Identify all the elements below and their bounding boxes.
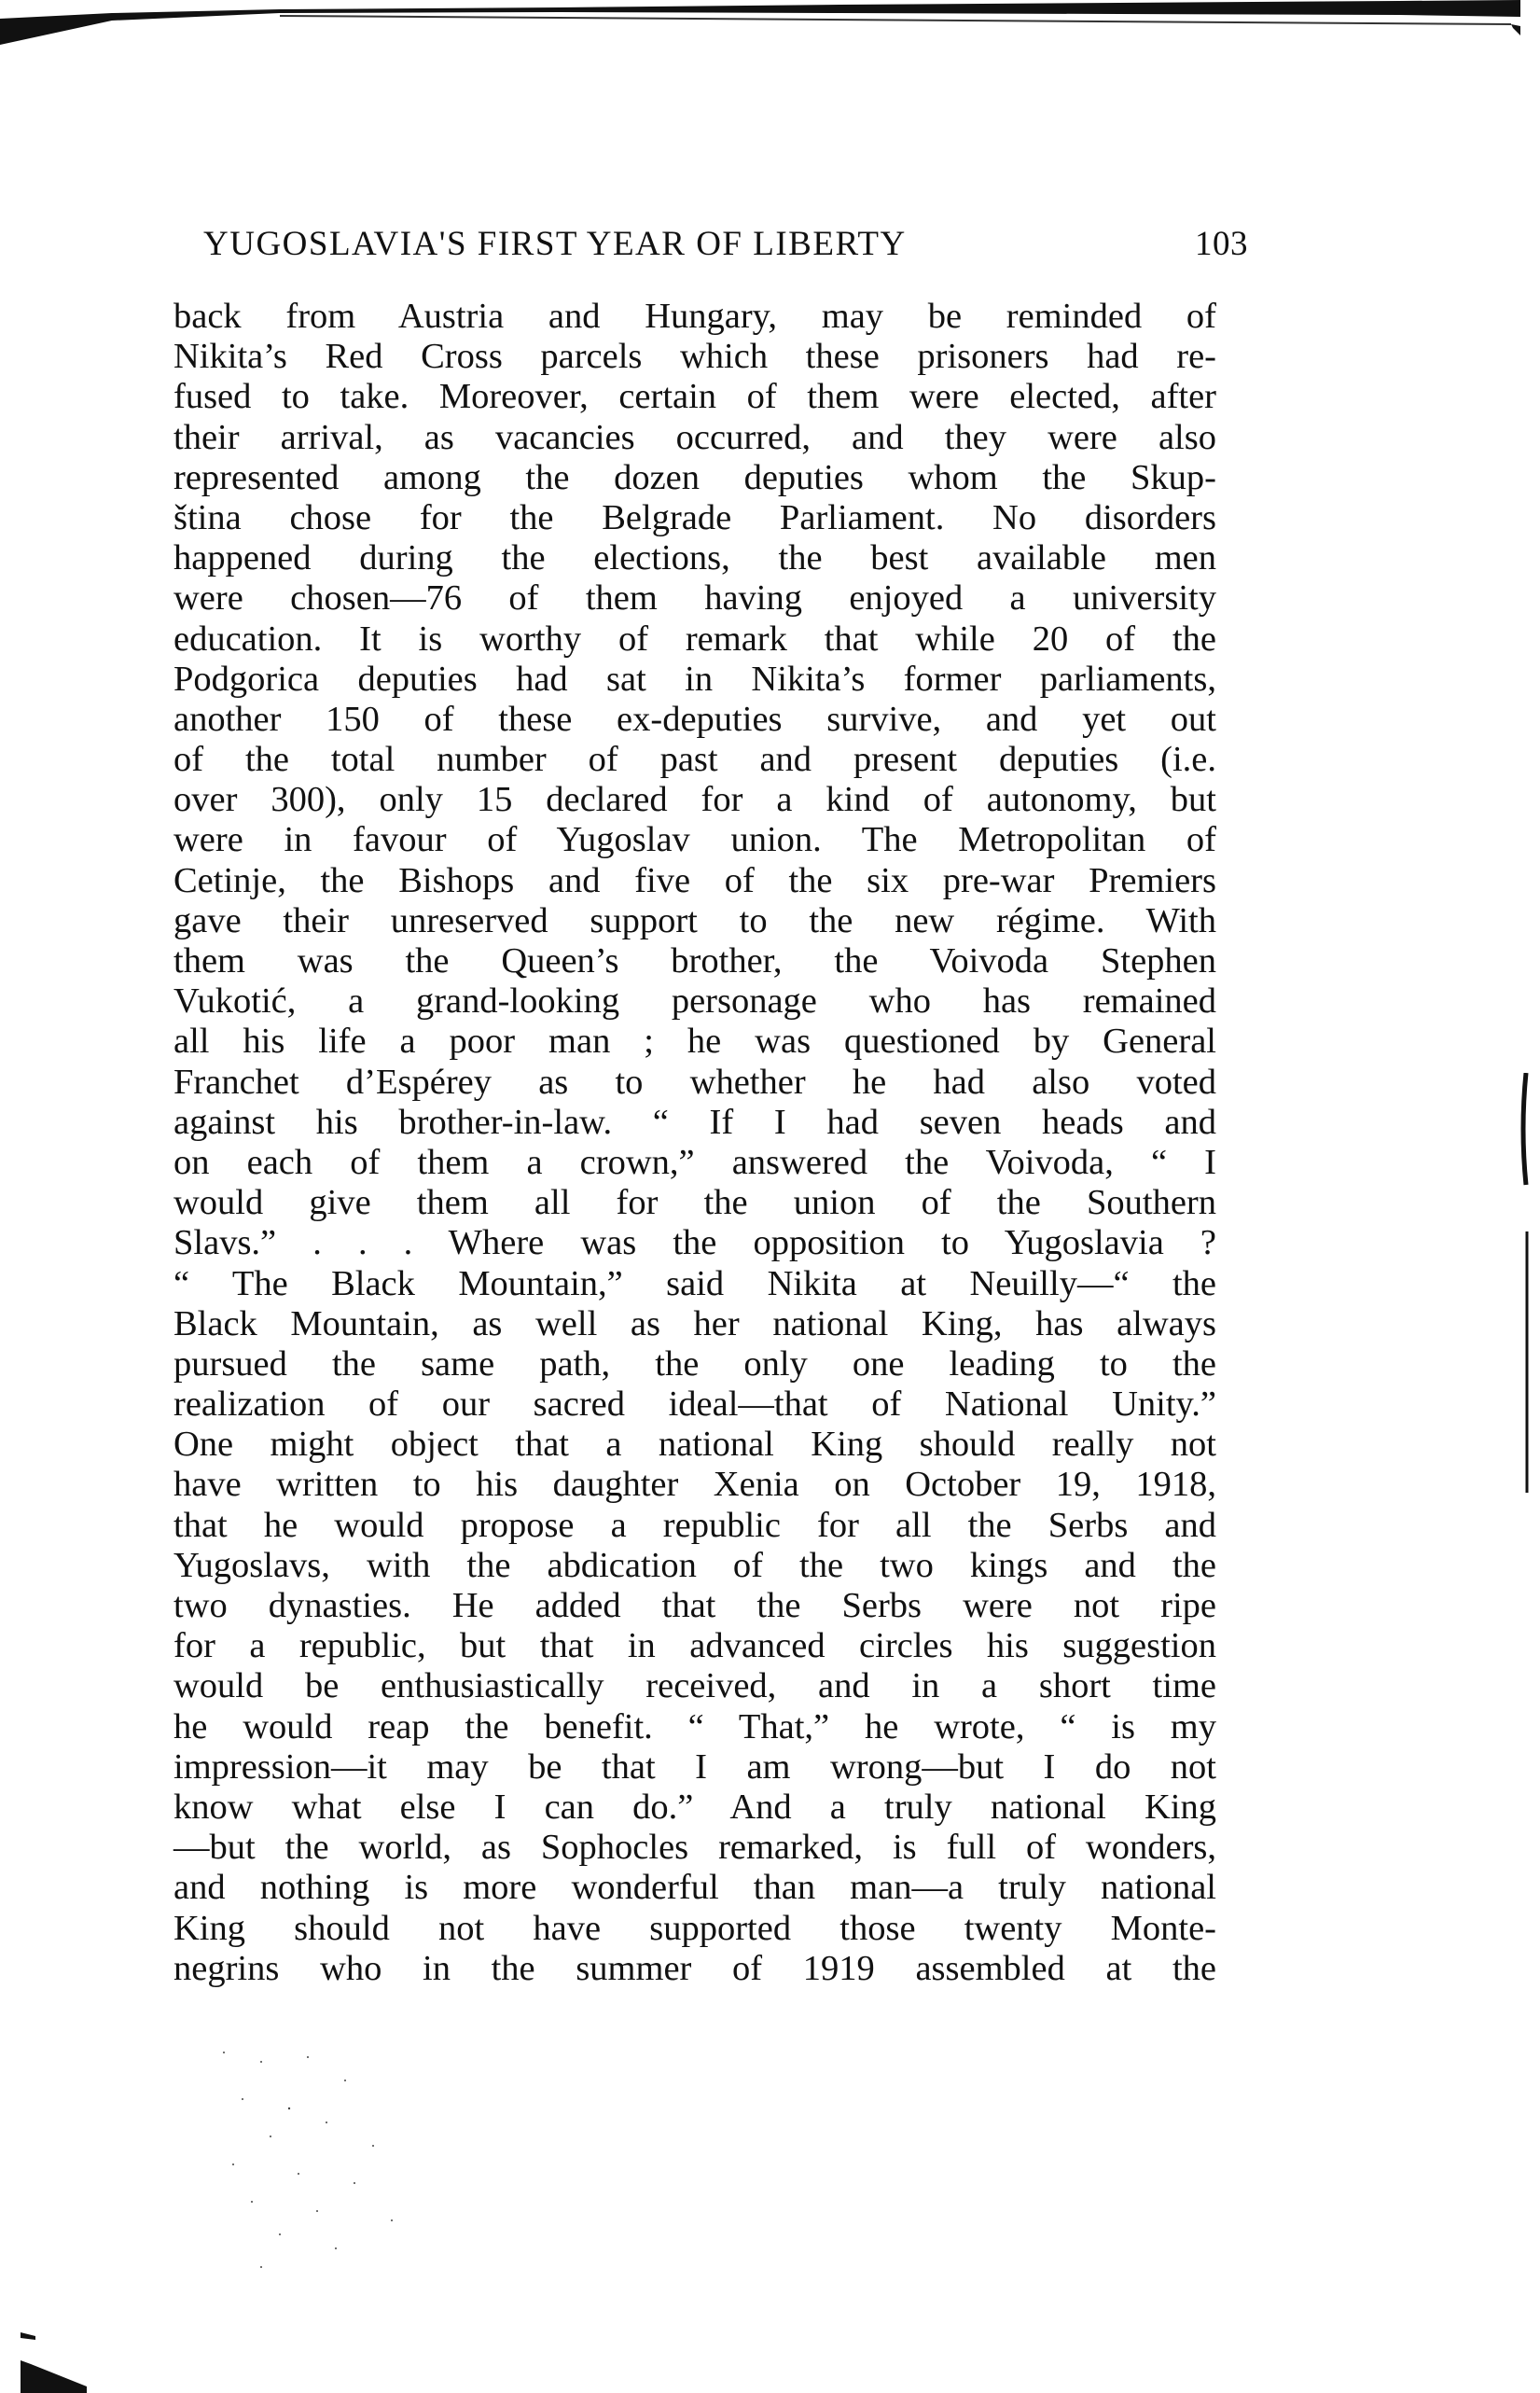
text-line: on each of them a crown,” answered the V…	[173, 1143, 1216, 1183]
text-line: Podgorica deputies had sat in Nikita’s f…	[173, 660, 1216, 700]
text-line: represented among the dozen deputies who…	[173, 458, 1216, 498]
text-line: that he would propose a republic for all…	[173, 1506, 1216, 1546]
text-line: Cetinje, the Bishops and five of the six…	[173, 861, 1216, 901]
text-line: pursued the same path, the only one lead…	[173, 1344, 1216, 1384]
text-line: of the total number of past and present …	[173, 740, 1216, 780]
text-line: against his brother-in-law. “ If I had s…	[173, 1103, 1216, 1143]
text-line: gave their unreserved support to the new…	[173, 901, 1216, 941]
text-line: impression—it may be that I am wrong—but…	[173, 1747, 1216, 1788]
scan-edge-top	[0, 0, 1540, 56]
text-line: fused to take. Moreover, certain of them…	[173, 377, 1216, 417]
text-line: negrins who in the summer of 1919 assemb…	[173, 1949, 1216, 1989]
text-line: Nikita’s Red Cross parcels which these p…	[173, 337, 1216, 377]
scan-edge-right	[1520, 1073, 1532, 1493]
text-line: for a republic, but that in advanced cir…	[173, 1626, 1216, 1666]
text-line: education. It is worthy of remark that w…	[173, 619, 1216, 660]
running-head-title: YUGOSLAVIA'S FIRST YEAR OF LIBERTY	[203, 224, 907, 264]
text-line: another 150 of these ex-deputies survive…	[173, 700, 1216, 740]
text-line: Slavs.” . . . Where was the opposition t…	[173, 1223, 1216, 1263]
text-line: “ The Black Mountain,” said Nikita at Ne…	[173, 1264, 1216, 1304]
text-line: all his life a poor man ; he was questio…	[173, 1022, 1216, 1062]
text-line: realization of our sacred ideal—that of …	[173, 1384, 1216, 1425]
text-line: happened during the elections, the best …	[173, 538, 1216, 578]
text-line: them was the Queen’s brother, the Voivod…	[173, 941, 1216, 981]
text-line: —but the world, as Sophocles remarked, i…	[173, 1828, 1216, 1868]
text-line: their arrival, as vacancies occurred, an…	[173, 418, 1216, 458]
text-line: ština chose for the Belgrade Parliament.…	[173, 498, 1216, 538]
text-line: King should not have supported those twe…	[173, 1909, 1216, 1949]
scan-edge-bottom	[17, 2323, 91, 2393]
body-text: back from Austria and Hungary, may be re…	[173, 297, 1216, 1989]
running-head: YUGOSLAVIA'S FIRST YEAR OF LIBERTY 103	[203, 224, 1248, 271]
text-line: and nothing is more wonderful than man—a…	[173, 1868, 1216, 1908]
text-line: have written to his daughter Xenia on Oc…	[173, 1465, 1216, 1505]
text-line: One might object that a national King sh…	[173, 1425, 1216, 1465]
text-line: Franchet d’Espérey as to whether he had …	[173, 1063, 1216, 1103]
text-line: two dynasties. He added that the Serbs w…	[173, 1586, 1216, 1626]
text-line: over 300), only 15 declared for a kind o…	[173, 780, 1216, 820]
text-line: Yugoslavs, with the abdication of the tw…	[173, 1546, 1216, 1586]
text-line: were chosen—76 of them having enjoyed a …	[173, 578, 1216, 619]
text-line: Vukotić, a grand-looking personage who h…	[173, 981, 1216, 1022]
text-line: back from Austria and Hungary, may be re…	[173, 297, 1216, 337]
text-line: Black Mountain, as well as her national …	[173, 1304, 1216, 1344]
text-line: would give them all for the union of the…	[173, 1183, 1216, 1223]
text-line: he would reap the benefit. “ That,” he w…	[173, 1707, 1216, 1747]
text-line: know what else I can do.” And a truly na…	[173, 1788, 1216, 1828]
text-line: were in favour of Yugoslav union. The Me…	[173, 820, 1216, 860]
page-number: 103	[1195, 224, 1248, 264]
text-line: would be enthusiastically received, and …	[173, 1666, 1216, 1706]
scan-speckle-noise	[205, 2034, 410, 2276]
